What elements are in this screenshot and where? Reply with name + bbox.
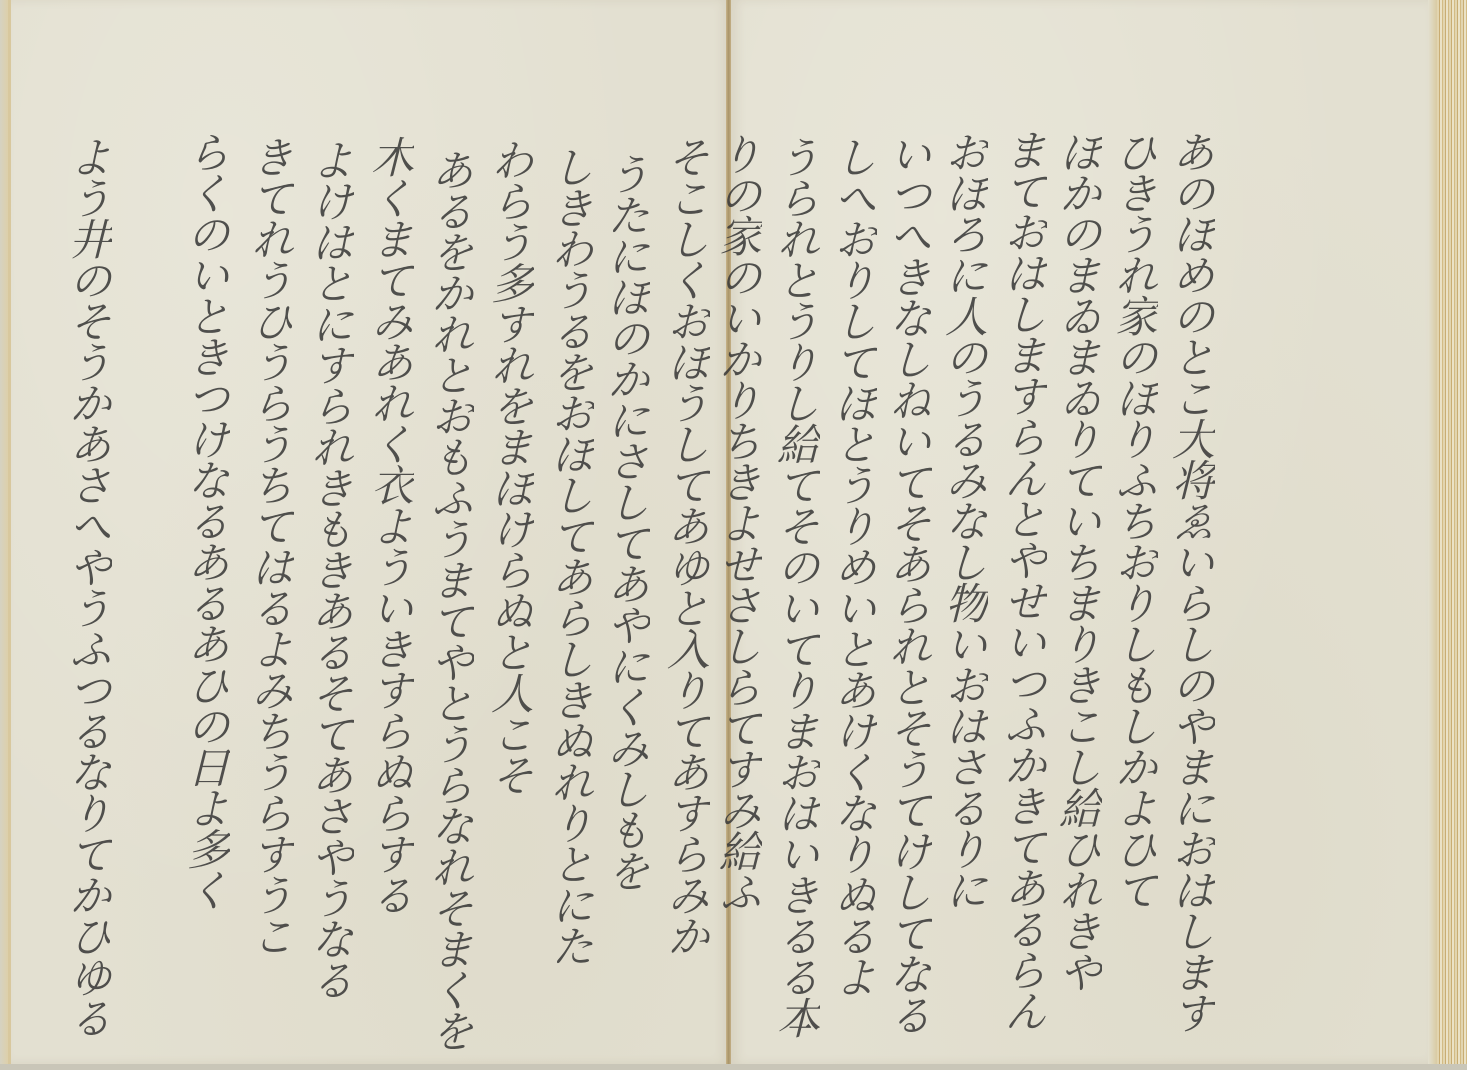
text-column: うたにほのかにさしてあやにくみしもを bbox=[599, 152, 651, 890]
text-column: ひきうれ家のほりふちおりしもしかよひて bbox=[1107, 130, 1159, 909]
text-column: しへおりしてほとうりめいとあけくなりぬるよ bbox=[826, 135, 878, 996]
text-column: よう井のそうかあさへやうふつるなりてかひゆる bbox=[61, 135, 113, 1037]
text-column: ほかのまゐまゐりていちまりきこし給ひれきや bbox=[1051, 130, 1103, 991]
text-column: わらう多すれをまほけらぬと人こそ bbox=[483, 138, 535, 794]
book-spread: そこしくおほうしてあゆと入りてあすらみか うたにほのかにさしてあやにくみしもを … bbox=[0, 0, 1467, 1070]
text-column: りの家のいかりちきよせさしらてすみ給ふ bbox=[711, 132, 763, 911]
text-column: うられとうりし給てそのいてりまおはいきるる本 bbox=[769, 135, 821, 1037]
book-fore-edge bbox=[1437, 0, 1467, 1070]
left-page: そこしくおほうしてあゆと入りてあすらみか うたにほのかにさしてあやにくみしもを … bbox=[8, 0, 729, 1064]
text-column: きてれうひうらうちてはるよみちうらすうこ bbox=[243, 135, 295, 955]
fore-edge-shadow bbox=[1428, 0, 1437, 1070]
text-column: あのほめのとこ大将ゑいらしのやまにおはします bbox=[1164, 130, 1216, 1032]
text-column: しきわうるをおほしてあらしきぬれりとにた bbox=[543, 145, 595, 965]
text-column: よけはとにすられきもきあるそてあさやうなる bbox=[303, 138, 355, 999]
text-column: そこしくおほうしてあゆと入りてあすらみか bbox=[659, 135, 711, 955]
text-column: まておはしますらんとやせいつふかきてあるらん bbox=[996, 128, 1048, 1030]
text-column: らくのいときつけなるあるあひの日よ多く bbox=[179, 130, 231, 909]
right-page: あのほめのとこ大将ゑいらしのやまにおはします ひきうれ家のほりふちおりしもしかよ… bbox=[731, 0, 1428, 1064]
text-column: いつへきなしねいてそあられとそうてけしてなる bbox=[881, 132, 933, 1034]
left-page-edge bbox=[0, 0, 8, 1070]
text-column: おほろに人のうるみなし物いおはさるりに bbox=[937, 130, 989, 909]
text-column: あるをかれとおもふうまてやとうらなれそまくを bbox=[423, 148, 475, 1050]
text-column: 木くまてみあれく衣よういきすらぬらする bbox=[363, 135, 415, 914]
bottom-edge bbox=[0, 1064, 1467, 1070]
